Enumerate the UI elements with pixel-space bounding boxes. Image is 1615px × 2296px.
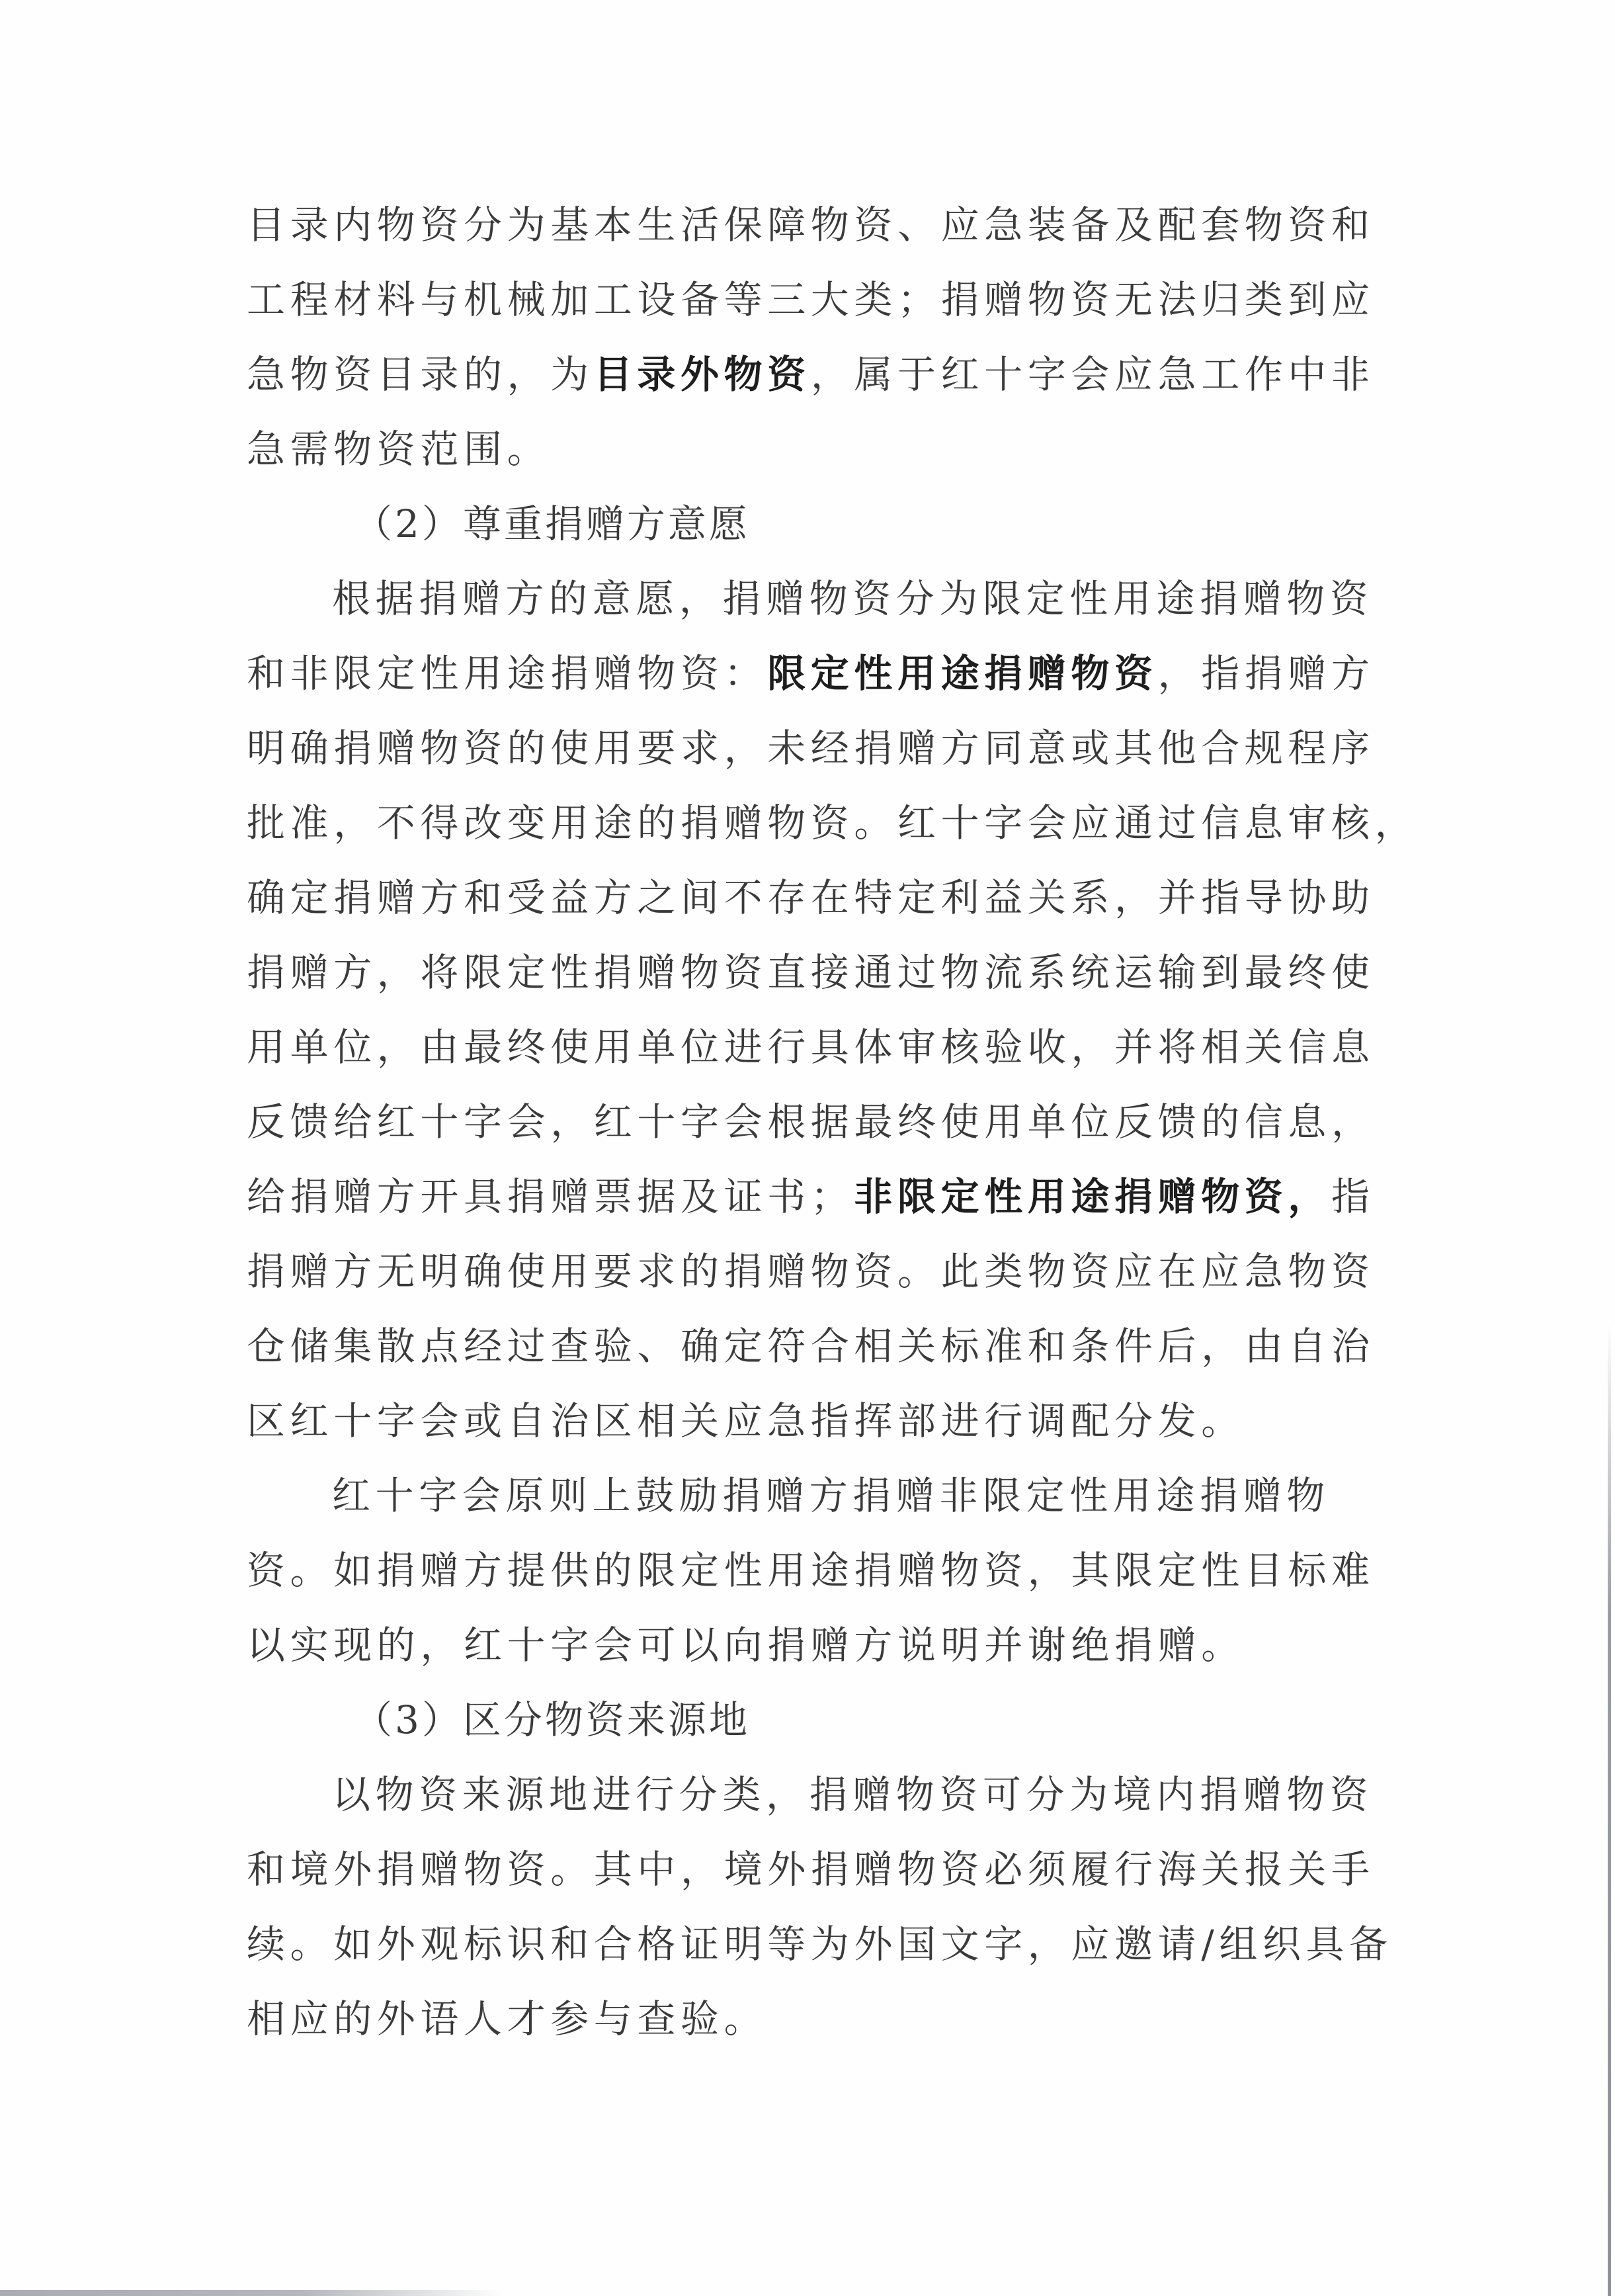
scan-edge-bottom — [0, 2290, 503, 2296]
text-segment: 确定捐赠方和受益方之间不存在特定利益关系，并指导协助 — [247, 875, 1375, 920]
text-line: 确定捐赠方和受益方之间不存在特定利益关系，并指导协助 — [247, 874, 1375, 921]
text-segment: 资。如捐赠方提供的限定性用途捐赠物资，其限定性目标难 — [247, 1548, 1375, 1593]
text-segment: 用单位，由最终使用单位进行具体审核验收，并将相关信息 — [247, 1025, 1375, 1070]
text-segment: 急需物资范围。 — [247, 427, 550, 472]
text-line: 续。如外观标识和合格证明等为外国文字，应邀请/组织具备 — [247, 1921, 1393, 1967]
text-line: 急需物资范围。 — [247, 426, 550, 472]
text-segment: 工程材料与机械加工设备等三大类；捐赠物资无法归类到应 — [247, 277, 1375, 322]
text-segment: 急物资目录的，为 — [247, 352, 594, 397]
text-segment: 给捐赠方开具捐赠票据及证书； — [247, 1174, 854, 1219]
text-line: 工程材料与机械加工设备等三大类；捐赠物资无法归类到应 — [247, 276, 1375, 323]
text-segment: 红十字会原则上鼓励捐赠方捐赠非限定性用途捐赠物 — [332, 1473, 1330, 1518]
text-segment: 续。如外观标识和合格证明等为外国文字，应邀请/组织具备 — [247, 1922, 1393, 1967]
scanned-page: 目录内物资分为基本生活保障物资、应急装备及配套物资和 工程材料与机械加工设备等三… — [0, 0, 1615, 2296]
text-segment: ，指捐赠方 — [1158, 651, 1375, 696]
bold-term-catalog-external: 目录外物资 — [594, 352, 811, 397]
paragraph-first-line: 根据捐赠方的意愿，捐赠物资分为限定性用途捐赠物资 — [332, 575, 1373, 622]
text-line: 区红十字会或自治区相关应急指挥部进行调配分发。 — [247, 1398, 1245, 1444]
text-segment: 仓储集散点经过查验、确定符合相关标准和条件后，由自治 — [247, 1324, 1375, 1369]
text-segment: ，属于红十字会应急工作中非 — [811, 352, 1375, 397]
section-heading-2: （2）尊重捐赠方意愿 — [354, 501, 750, 547]
text-line: 和境外捐赠物资。其中，境外捐赠物资必须履行海关报关手 — [247, 1846, 1375, 1892]
scan-edge-right — [1608, 1323, 1611, 2296]
text-segment: 以实现的，红十字会可以向捐赠方说明并谢绝捐赠。 — [247, 1623, 1245, 1668]
section-heading-3: （3）区分物资来源地 — [354, 1697, 750, 1743]
bold-term-unrestricted-donation: 非限定性用途捐赠物资， — [854, 1174, 1331, 1219]
text-segment: 反馈给红十字会，红十字会根据最终使用单位反馈的信息， — [247, 1099, 1375, 1144]
text-segment: 目录内物资分为基本生活保障物资、应急装备及配套物资和 — [247, 202, 1375, 247]
text-segment: 区红十字会或自治区相关应急指挥部进行调配分发。 — [247, 1398, 1245, 1443]
paragraph-first-line: 以物资来源地进行分类，捐赠物资可分为境内捐赠物资 — [332, 1771, 1373, 1818]
text-line: 急物资目录的，为目录外物资，属于红十字会应急工作中非 — [247, 351, 1375, 398]
text-line: 给捐赠方开具捐赠票据及证书；非限定性用途捐赠物资，指 — [247, 1173, 1375, 1220]
text-line: 以实现的，红十字会可以向捐赠方说明并谢绝捐赠。 — [247, 1622, 1245, 1668]
text-segment: 根据捐赠方的意愿，捐赠物资分为限定性用途捐赠物资 — [332, 576, 1373, 621]
text-line: 反馈给红十字会，红十字会根据最终使用单位反馈的信息， — [247, 1099, 1375, 1145]
text-line: 目录内物资分为基本生活保障物资、应急装备及配套物资和 — [247, 202, 1375, 248]
text-segment: 捐赠方无明确使用要求的捐赠物资。此类物资应在应急物资 — [247, 1249, 1375, 1294]
text-line: 捐赠方无明确使用要求的捐赠物资。此类物资应在应急物资 — [247, 1248, 1375, 1295]
paragraph-first-line: 红十字会原则上鼓励捐赠方捐赠非限定性用途捐赠物 — [332, 1472, 1330, 1519]
text-segment: 指 — [1331, 1174, 1375, 1219]
text-line: 捐赠方，将限定性捐赠物资直接通过物流系统运输到最终使 — [247, 949, 1375, 996]
text-segment: 明确捐赠物资的使用要求，未经捐赠方同意或其他合规程序 — [247, 726, 1375, 771]
text-line: 批准，不得改变用途的捐赠物资。红十字会应通过信息审核， — [247, 800, 1418, 846]
text-segment: 批准，不得改变用途的捐赠物资。红十字会应通过信息审核， — [247, 800, 1418, 845]
text-segment: 和境外捐赠物资。其中，境外捐赠物资必须履行海关报关手 — [247, 1847, 1375, 1892]
heading-text: （2）尊重捐赠方意愿 — [354, 501, 750, 546]
text-line: 明确捐赠物资的使用要求，未经捐赠方同意或其他合规程序 — [247, 725, 1375, 771]
text-segment: 和非限定性用途捐赠物资： — [247, 651, 767, 696]
text-line: 资。如捐赠方提供的限定性用途捐赠物资，其限定性目标难 — [247, 1547, 1375, 1594]
heading-text: （3）区分物资来源地 — [354, 1697, 750, 1742]
text-segment: 捐赠方，将限定性捐赠物资直接通过物流系统运输到最终使 — [247, 950, 1375, 995]
text-line: 相应的外语人才参与查验。 — [247, 1996, 767, 2042]
text-line: 和非限定性用途捐赠物资：限定性用途捐赠物资，指捐赠方 — [247, 650, 1375, 697]
bold-term-restricted-donation: 限定性用途捐赠物资 — [767, 651, 1157, 696]
text-line: 仓储集散点经过查验、确定符合相关标准和条件后，由自治 — [247, 1323, 1375, 1369]
text-segment: 以物资来源地进行分类，捐赠物资可分为境内捐赠物资 — [332, 1772, 1373, 1817]
text-segment: 相应的外语人才参与查验。 — [247, 1996, 767, 2041]
text-line: 用单位，由最终使用单位进行具体审核验收，并将相关信息 — [247, 1024, 1375, 1070]
